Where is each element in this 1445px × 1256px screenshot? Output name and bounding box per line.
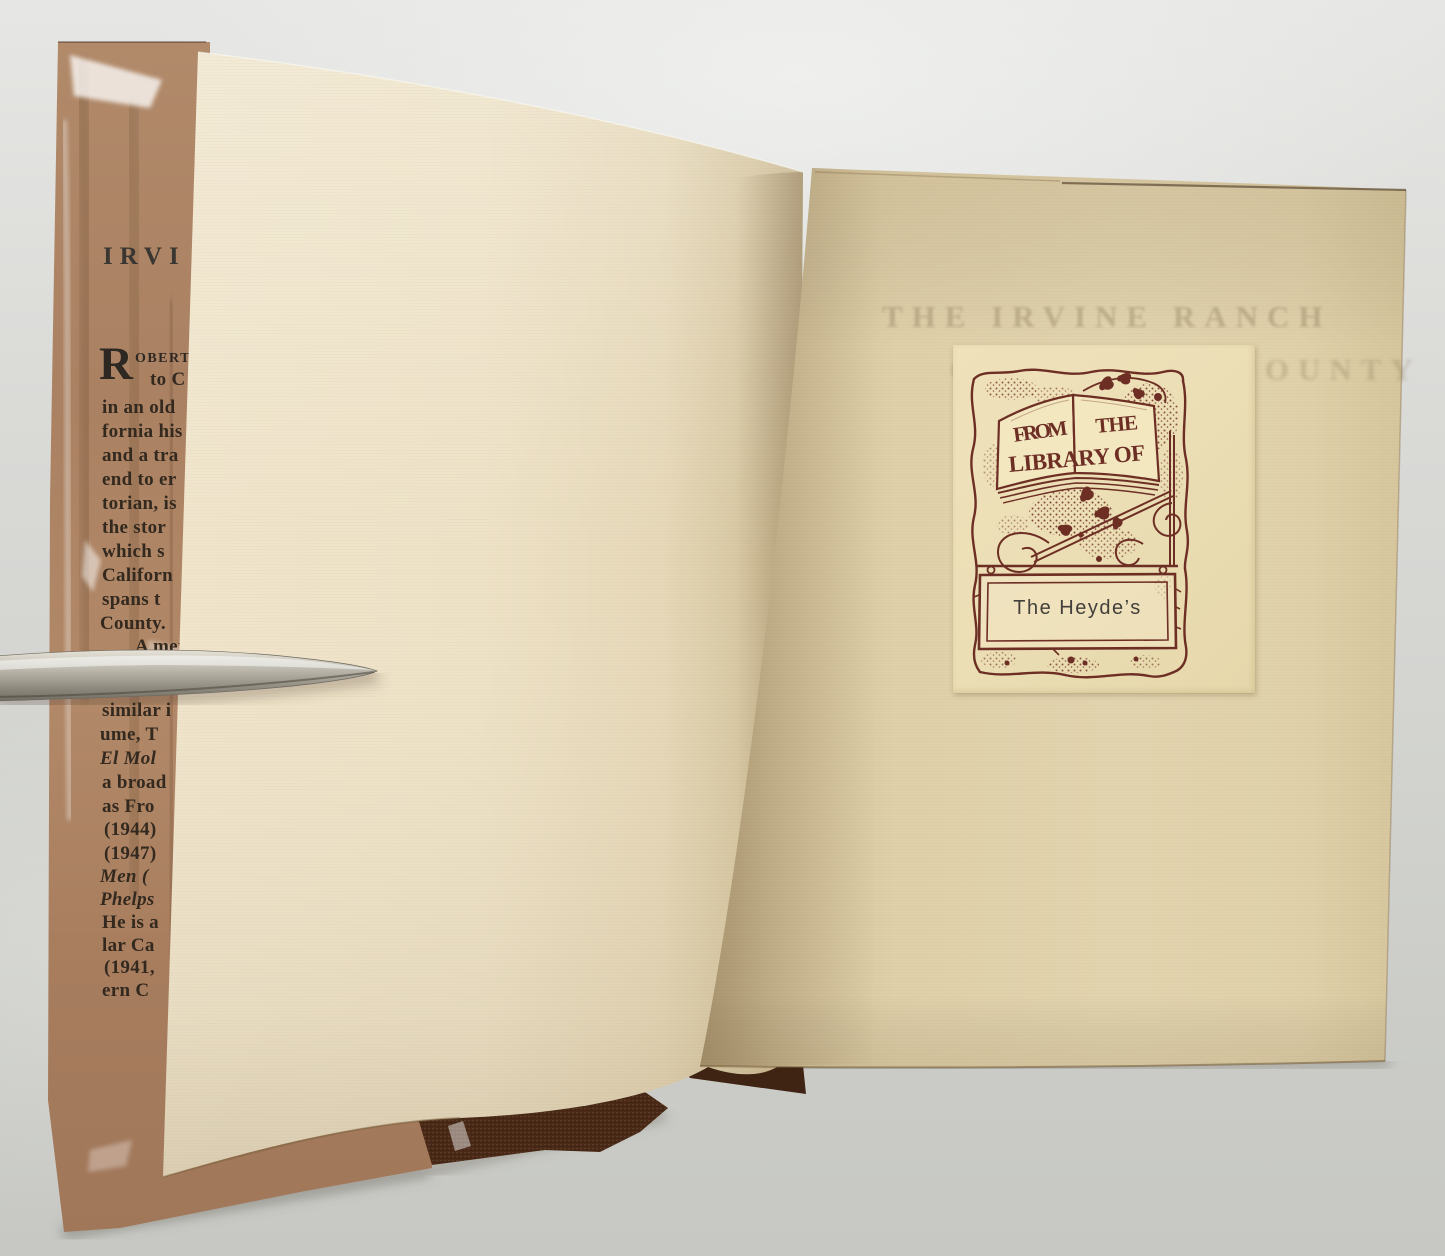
blade-layer xyxy=(0,0,1445,1256)
photo-scene: IRVI ROBERT to C in an old fornia his an… xyxy=(0,0,1445,1256)
